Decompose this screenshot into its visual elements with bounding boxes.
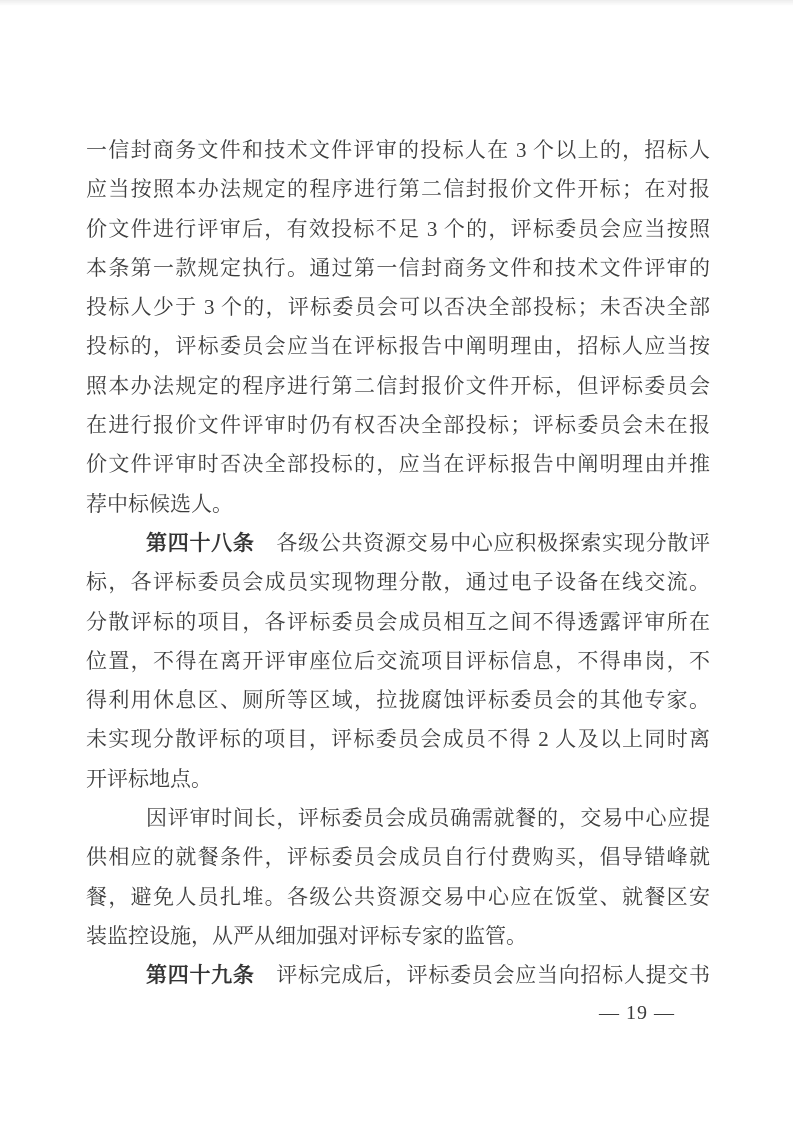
text-line: 标，各评标委员会成员实现物理分散，通过电子设备在线交流。: [86, 563, 710, 602]
text-line: 在进行报价文件评审时仍有权否决全部投标；评标委员会未在报: [86, 406, 710, 445]
text-line: 应当按照本办法规定的程序进行第二信封报价文件开标；在对报: [86, 170, 710, 209]
scan-edge-shading: [0, 0, 793, 6]
text-line paragraph-end: 开评标地点。: [86, 760, 710, 799]
text-line: 因评审时间长，评标委员会成员确需就餐的，交易中心应提: [86, 799, 710, 838]
text-line-rest: 评标完成后，评标委员会应当向招标人提交书: [255, 963, 710, 987]
text-line: 价文件进行评审后，有效投标不足 3 个的，评标委员会应当按照: [86, 210, 710, 249]
text-line article-49-heading-line: 第四十九条 评标完成后，评标委员会应当向招标人提交书: [86, 956, 710, 995]
document-body: 一信封商务文件和技术文件评审的投标人在 3 个以上的，招标人 应当按照本办法规定…: [86, 131, 710, 996]
text-line: 供相应的就餐条件，评标委员会成员自行付费购买，倡导错峰就: [86, 838, 710, 877]
text-line-rest: 各级公共资源交易中心应积极探索实现分散评: [255, 531, 710, 555]
text-line: 价文件评审时否决全部投标的，应当在评标报告中阐明理由并推: [86, 445, 710, 484]
text-line: 分散评标的项目，各评标委员会成员相互之间不得透露评审所在: [86, 603, 710, 642]
text-line: 位置，不得在离开评审座位后交流项目评标信息，不得串岗，不: [86, 642, 710, 681]
text-line paragraph-end: 荐中标候选人。: [86, 485, 710, 524]
text-line: 照本办法规定的程序进行第二信封报价文件开标，但评标委员会: [86, 367, 710, 406]
text-line article-48-heading-line: 第四十八条 各级公共资源交易中心应积极探索实现分散评: [86, 524, 710, 563]
text-line: 未实现分散评标的项目，评标委员会成员不得 2 人及以上同时离: [86, 720, 710, 759]
article-number-48: 第四十八条: [146, 531, 255, 555]
text-line: 得利用休息区、厕所等区域，拉拢腐蚀评标委员会的其他专家。: [86, 681, 710, 720]
article-number-49: 第四十九条: [146, 963, 255, 987]
text-line paragraph-end: 装监控设施，从严从细加强对评标专家的监管。: [86, 917, 710, 956]
text-line: 投标的，评标委员会应当在评标报告中阐明理由，招标人应当按: [86, 327, 710, 366]
text-line: 一信封商务文件和技术文件评审的投标人在 3 个以上的，招标人: [86, 131, 710, 170]
text-line: 投标人少于 3 个的，评标委员会可以否决全部投标；未否决全部: [86, 288, 710, 327]
text-line: 本条第一款规定执行。通过第一信封商务文件和技术文件评审的: [86, 249, 710, 288]
text-line: 餐，避免人员扎堆。各级公共资源交易中心应在饭堂、就餐区安: [86, 878, 710, 917]
page-number: — 19 —: [599, 1000, 675, 1026]
document-page: 一信封商务文件和技术文件评审的投标人在 3 个以上的，招标人 应当按照本办法规定…: [0, 0, 793, 1122]
